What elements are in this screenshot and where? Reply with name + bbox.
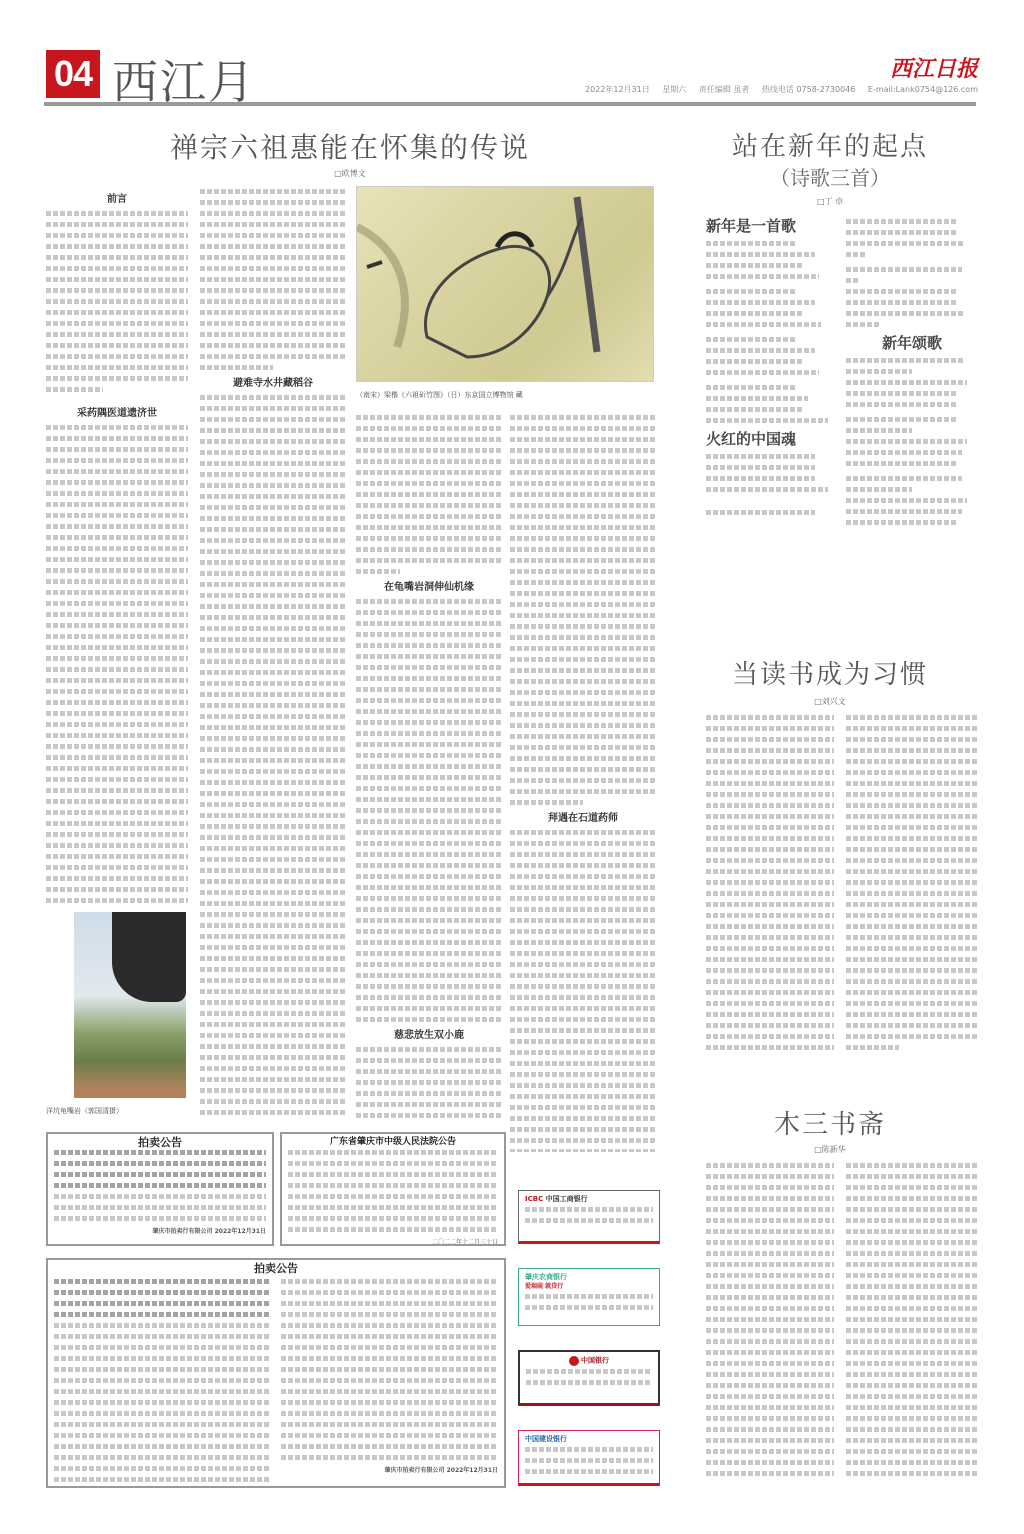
main-article-column-3: 在龟嘴岩洞伸仙机缘 慈悲放生双小鹿 [356,412,502,1122]
poems-subtitle: （诗歌三首） [700,162,960,191]
reading-article-headline: 当读书成为习惯 [700,654,960,691]
auction-notice-1-title: 拍卖公告 [54,1138,266,1147]
study-article-byline: 陈新华 [780,1144,880,1155]
issue-date: 2022年12月31日 [585,85,650,94]
bank-ad-ccb: 中国建设银行 [518,1430,660,1486]
rural-bank-name: 肇庆农商银行 [525,1273,653,1282]
boc-logo-icon [569,1356,579,1366]
section-heading-3: 在龟嘴岩洞伸仙机缘 [356,582,502,593]
study-article-column-2 [846,1160,978,1490]
bank-ad-icbc: ICBC 中国工商银行 [518,1190,660,1244]
main-article-column-1: 前言 采药隅医道遗济世 [46,186,188,906]
section-heading-4: 拜遇在石道药师 [510,813,656,824]
section-heading-intro: 前言 [46,194,188,205]
masthead-divider [44,102,976,106]
section-heading-5: 慈悲放生双小鹿 [356,1030,502,1041]
painting-caption: （南宋）梁楷《六祖斫竹图》（日）东京国立博物馆 藏 [356,390,654,400]
reading-article-column-2 [846,712,978,1062]
painting-figure-sketch [357,187,654,382]
poems-column-1: 新年是一首歌 火红的中国魂 [706,216,834,616]
issue-hotline: 热线电话 0758-2730046 [762,85,855,94]
boc-logo: 中国银行 [581,1357,609,1365]
issue-editor: 责任编辑 虽者 [699,85,750,94]
section-heading-2: 避难寺水井藏稻谷 [200,378,346,389]
court-notice-footer: 二〇二二年十二月三十日 [288,1238,498,1246]
newspaper-logo: 西江日报 [890,52,978,83]
section-heading-1: 采药隅医道遗济世 [46,408,188,419]
poem-title-2: 火红的中国魂 [706,433,834,446]
reading-article-byline: 刘兴文 [780,696,880,707]
reading-article-column-1 [706,712,834,1062]
poem-title-3: 新年颂歌 [846,337,978,350]
issue-meta: 2022年12月31日 星期六 责任编辑 虽者 热线电话 0758-273004… [575,84,978,95]
court-notice-title: 广东省肇庆市中级人民法院公告 [288,1138,498,1147]
main-article-byline: 欧博文 [300,168,400,179]
auction-notice-1-footer: 肇庆市拍卖行有限公司 2022年12月31日 [54,1227,266,1236]
painting-sixth-patriarch [356,186,654,382]
rock-shape [112,912,186,1002]
study-article-column-1 [706,1160,834,1490]
poems-column-2: 新年颂歌 [846,216,978,616]
main-article-column-4: 拜遇在石道药师 （本文图片源于网络） [510,412,656,1152]
poems-headline: 站在新年的起点 [700,126,960,163]
poem-title-1: 新年是一首歌 [706,220,834,233]
page-number-badge: 04 [46,50,100,98]
issue-email: E-mail:Lank0754@126.com [868,85,978,94]
issue-weekday: 星期六 [662,85,686,94]
auction-notice-2-col-1 [54,1276,271,1488]
study-article-headline: 木三书斋 [700,1104,960,1141]
auction-notice-2: 拍卖公告 肇庆市拍卖行有限公司 2022年12月31日 [46,1258,506,1488]
court-notice: 广东省肇庆市中级人民法院公告 二〇二二年十二月三十日 [280,1132,506,1246]
photo-turtle-rock [74,912,186,1098]
main-article-headline: 禅宗六祖惠能在怀集的传说 [150,126,550,166]
ccb-name: 中国建设银行 [525,1435,653,1444]
photo-caption: 洋坑龟嘴岩（郭国清摄） [46,1106,196,1116]
auction-notice-2-title: 拍卖公告 [54,1264,498,1273]
main-article-column-2: 避难寺水井藏稻谷 [200,186,346,1116]
poems-byline: 丁 卓 [780,196,880,207]
bank-ad-boc: 中国银行 [518,1350,660,1406]
auction-notice-2-col-2: 肇庆市拍卖行有限公司 2022年12月31日 [281,1276,498,1488]
icbc-logo: ICBC [525,1195,543,1203]
auction-notice-2-footer: 肇庆市拍卖行有限公司 2022年12月31日 [281,1466,498,1475]
auction-notice-1: 拍卖公告 肇庆市拍卖行有限公司 2022年12月31日 [46,1132,274,1246]
icbc-name: 中国工商银行 [546,1195,588,1203]
bank-ad-rural-commercial: 肇庆农商银行 爱端砚 就贷行 [518,1268,660,1326]
rural-bank-slogan: 爱端砚 就贷行 [525,1283,563,1290]
